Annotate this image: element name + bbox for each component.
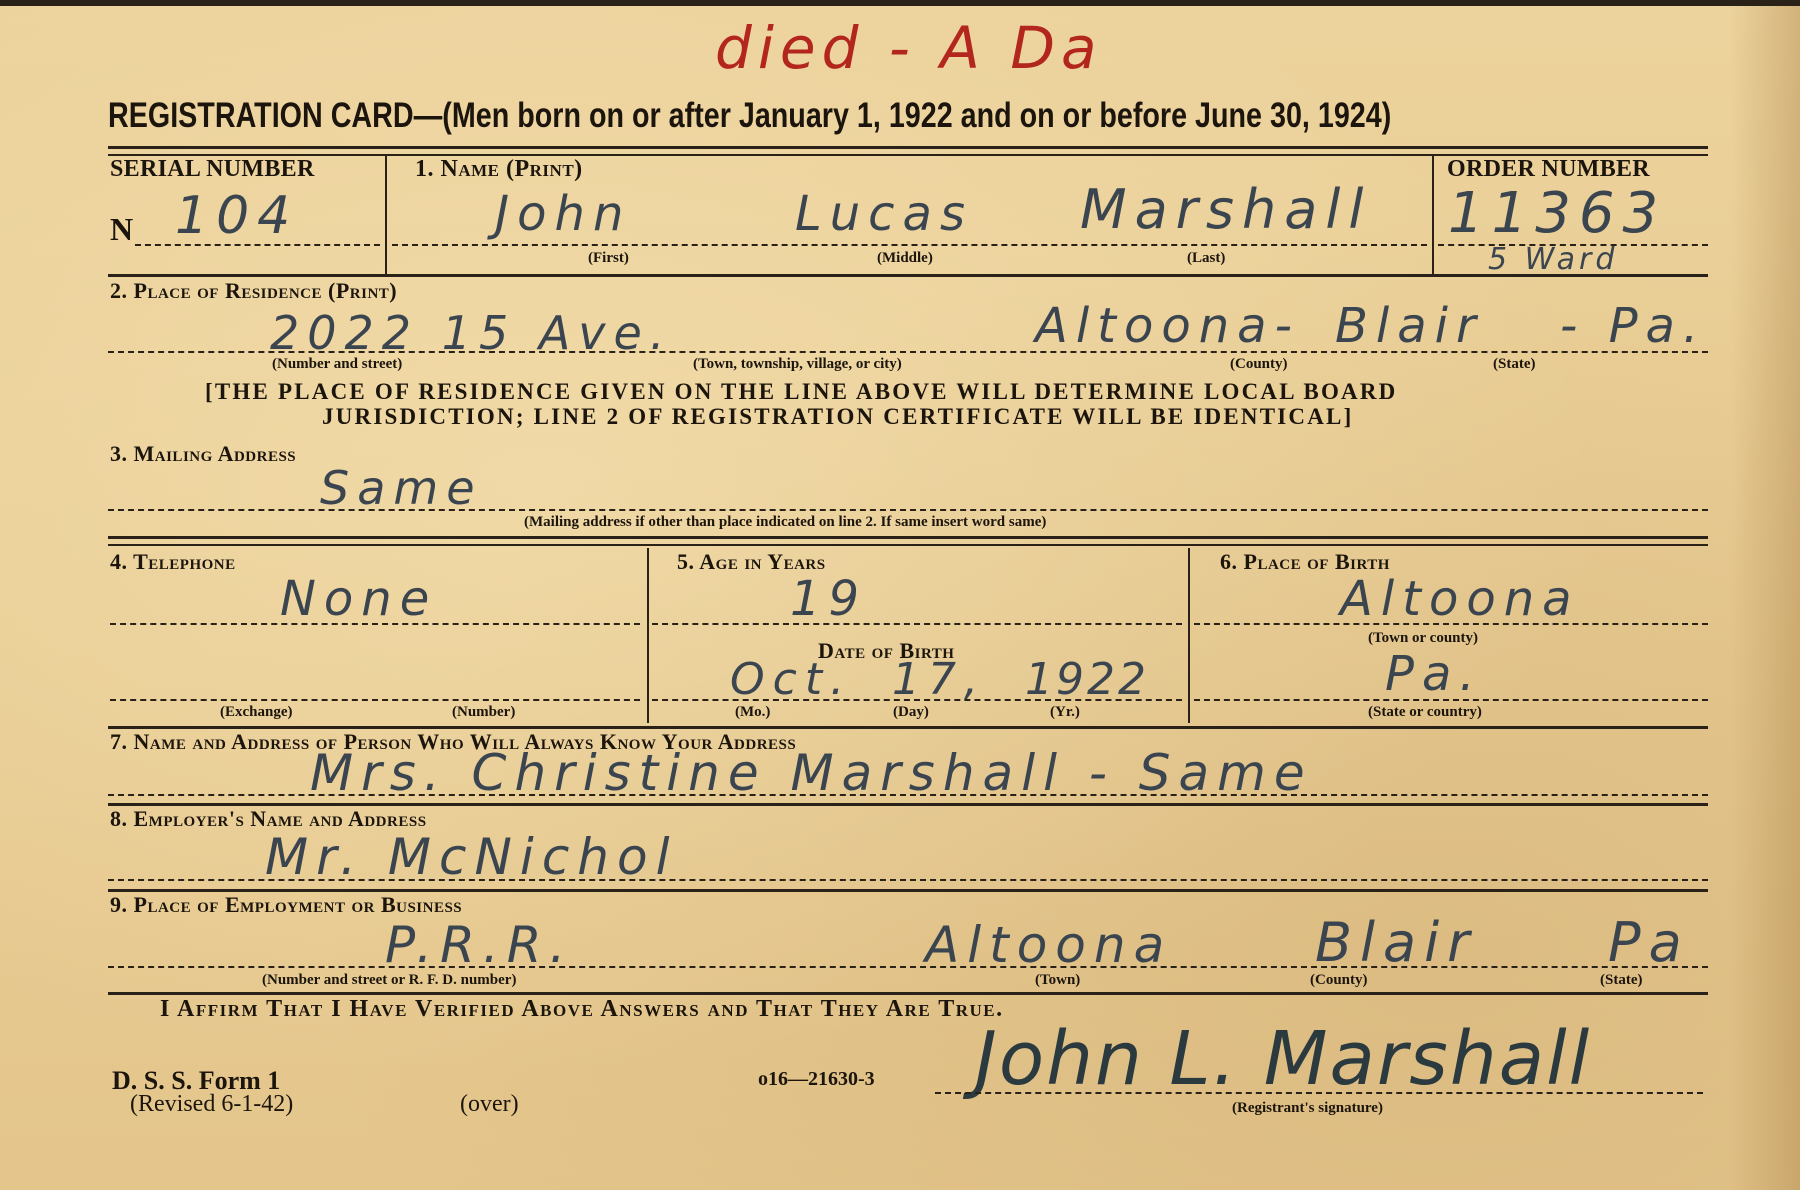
birthplace-state-line <box>1194 699 1708 701</box>
divider <box>108 274 1708 277</box>
registrant-signature[interactable]: John L. Marshall <box>975 1016 1591 1102</box>
exchange-caption: (Exchange) <box>220 704 293 721</box>
dob-line <box>652 699 1182 701</box>
age-value[interactable]: 19 <box>790 571 867 627</box>
residence-town[interactable]: Altoona- <box>1035 298 1300 354</box>
telephone-line-2 <box>110 699 640 701</box>
name-middle-caption: (Middle) <box>877 250 933 267</box>
dob-day[interactable]: 17, <box>892 654 986 705</box>
employment-state[interactable]: Pa <box>1608 911 1690 974</box>
telephone-label: 4. Telephone <box>110 549 236 575</box>
name-middle[interactable]: Lucas <box>795 186 973 242</box>
mailing-caption: (Mailing address if other than place ind… <box>524 514 1046 531</box>
order-number-label: ORDER NUMBER <box>1447 156 1650 183</box>
residence-state[interactable]: - Pa. <box>1560 298 1706 354</box>
divider <box>1188 548 1190 723</box>
name-line <box>392 244 1427 246</box>
dob-year-caption: (Yr.) <box>1050 704 1080 721</box>
number-caption: (Number) <box>452 704 515 721</box>
employment-line <box>108 966 1708 968</box>
registration-card: died - A Da REGISTRATION CARD—(Men born … <box>0 0 1800 1190</box>
age-line <box>652 623 1182 625</box>
dob-day-caption: (Day) <box>893 704 929 721</box>
birthplace-state-caption: (State or country) <box>1368 704 1482 721</box>
residence-state-caption: (State) <box>1493 356 1535 373</box>
serial-number-label: SERIAL NUMBER <box>110 156 315 183</box>
employment-county-caption: (County) <box>1310 972 1368 989</box>
name-first[interactable]: John <box>495 186 631 242</box>
employment-label: 9. Place of Employment or Business <box>110 892 462 918</box>
mailing-label: 3. Mailing Address <box>110 441 296 467</box>
serial-line <box>135 244 380 246</box>
residence-line <box>108 351 1708 353</box>
dob-month[interactable]: Oct. <box>730 654 852 705</box>
birthplace-town-line <box>1194 623 1708 625</box>
residence-town-caption: (Town, township, village, or city) <box>693 356 902 373</box>
card-title: REGISTRATION CARD—(Men born on or after … <box>108 96 1391 136</box>
form-revised: (Revised 6-1-42) <box>130 1091 293 1118</box>
mailing-value[interactable]: Same <box>320 461 483 515</box>
divider <box>647 548 649 723</box>
serial-number-value[interactable]: 104 <box>175 186 298 246</box>
card-edge-shadow <box>1730 6 1800 1190</box>
residence-county[interactable]: Blair <box>1335 298 1484 354</box>
name-first-caption: (First) <box>588 250 629 267</box>
name-label: 1. Name (Print) <box>415 156 583 183</box>
residence-label: 2. Place of Residence (Print) <box>110 278 397 304</box>
mailing-line <box>108 509 1708 511</box>
divider <box>108 146 1708 149</box>
signature-line <box>935 1092 1703 1094</box>
employer-line <box>108 879 1708 881</box>
residence-street-caption: (Number and street) <box>272 356 402 373</box>
serial-prefix: N <box>110 211 133 248</box>
residence-note-line2: JURISDICTION; LINE 2 OF REGISTRATION CER… <box>322 404 1353 430</box>
form-over: (over) <box>460 1091 519 1118</box>
red-annotation: died - A Da <box>715 14 1103 82</box>
divider <box>1432 156 1434 274</box>
affirmation-text: I Affirm That I Have Verified Above Answ… <box>160 996 1004 1023</box>
name-last-caption: (Last) <box>1187 250 1225 267</box>
divider <box>385 156 387 274</box>
employment-state-caption: (State) <box>1600 972 1642 989</box>
telephone-value[interactable]: None <box>280 571 437 627</box>
employment-street-caption: (Number and street or R. F. D. number) <box>262 972 516 989</box>
residence-county-caption: (County) <box>1230 356 1288 373</box>
birthplace-town-caption: (Town or county) <box>1368 630 1478 647</box>
employer-value[interactable]: Mr. McNichol <box>265 828 677 886</box>
name-last[interactable]: Marshall <box>1080 178 1371 241</box>
dob-month-caption: (Mo.) <box>735 704 770 721</box>
signature-caption: (Registrant's signature) <box>1232 1100 1383 1117</box>
employment-county[interactable]: Blair <box>1315 911 1477 974</box>
form-code: o16—21630-3 <box>758 1068 875 1091</box>
divider <box>108 536 1708 539</box>
divider <box>108 992 1708 995</box>
divider <box>108 544 1708 546</box>
birthplace-town[interactable]: Altoona <box>1340 571 1580 627</box>
order-note: 5 Ward <box>1488 242 1618 277</box>
residence-note-line1: [THE PLACE OF RESIDENCE GIVEN ON THE LIN… <box>205 379 1397 405</box>
order-number-value[interactable]: 11363 <box>1448 181 1666 246</box>
birthplace-state[interactable]: Pa. <box>1385 646 1483 702</box>
telephone-line <box>110 623 640 625</box>
contact-line <box>108 794 1708 796</box>
employment-town-caption: (Town) <box>1035 972 1080 989</box>
dob-year[interactable]: 1922 <box>1025 654 1149 705</box>
